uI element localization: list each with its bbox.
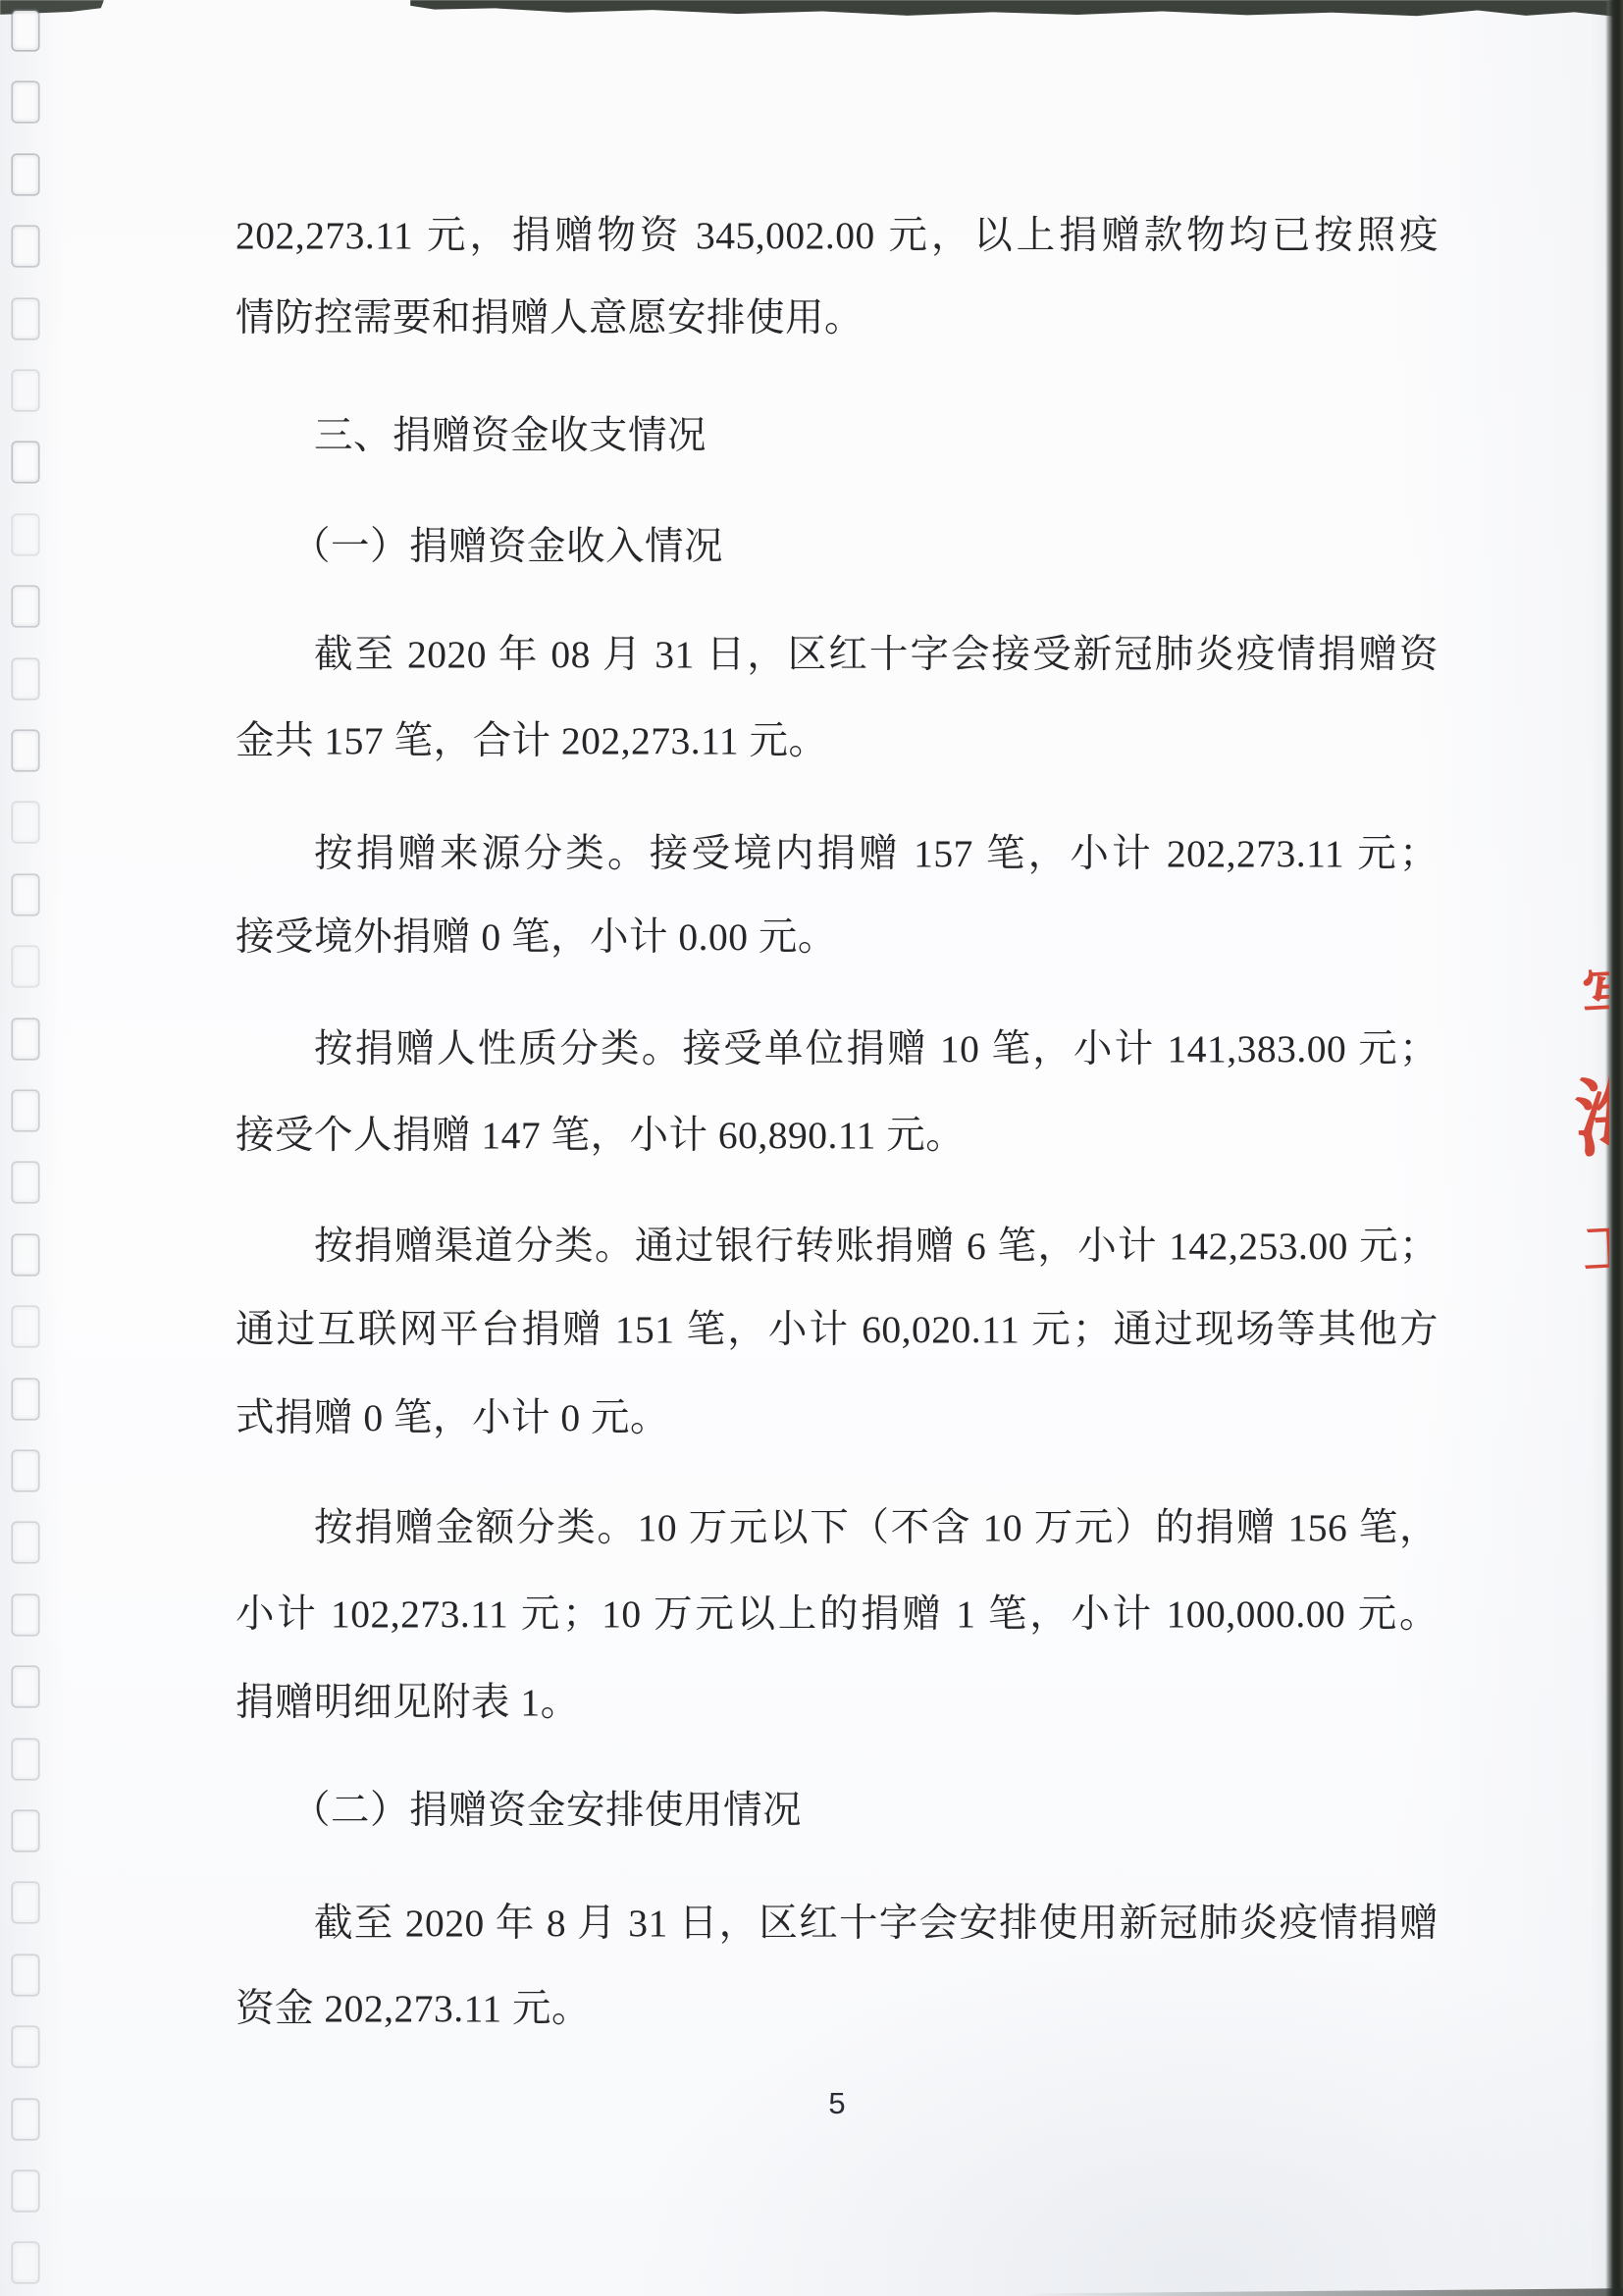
binding-hole	[13, 875, 38, 914]
binding-hole	[13, 371, 38, 410]
red-ink-marks: 写 海 工	[1568, 966, 1609, 1305]
doc-line: 式捐赠 0 笔，小计 0 元。	[236, 1395, 1439, 1440]
doc-line: 资金 202,273.11 元。	[236, 1986, 1439, 2031]
doc-line: 按捐赠来源分类。接受境内捐赠 157 笔，小计 202,273.11 元；	[236, 831, 1439, 876]
binding-hole	[13, 731, 38, 770]
doc-line: 金共 157 笔，合计 202,273.11 元。	[236, 718, 1439, 763]
binding-hole	[13, 1380, 38, 1419]
section-heading: 三、捐赠资金收支情况	[236, 413, 1439, 458]
binding-hole	[13, 227, 38, 266]
binding-hole	[13, 2100, 38, 2139]
red-ink-mark: 写	[1580, 966, 1609, 1030]
red-ink-mark: 海	[1573, 1074, 1609, 1163]
binding-hole	[13, 1956, 38, 1995]
red-ink-mark: 工	[1582, 1221, 1609, 1278]
doc-line: 截至 2020 年 8 月 31 日，区红十字会安排使用新冠肺炎疫情捐赠	[236, 1901, 1439, 1946]
binding-hole	[13, 1091, 38, 1130]
doc-line: 情防控需要和捐赠人意愿安排使用。	[236, 295, 1439, 340]
subsection-heading: （二）捐赠资金安排使用情况	[236, 1788, 1439, 1833]
binding-hole	[13, 1740, 38, 1779]
binding-hole	[13, 1811, 38, 1851]
binding-hole	[13, 1451, 38, 1490]
scan-edge-top	[410, 0, 1623, 22]
doc-line: 按捐赠渠道分类。通过银行转账捐赠 6 笔，小计 142,253.00 元；	[236, 1224, 1439, 1269]
doc-line: 接受境外捐赠 0 笔，小计 0.00 元。	[236, 914, 1439, 960]
doc-line: 接受个人捐赠 147 笔，小计 60,890.11 元。	[236, 1113, 1439, 1158]
binding-hole	[13, 1163, 38, 1202]
binding-hole	[13, 11, 38, 50]
subsection-heading: （一）捐赠资金收入情况	[236, 524, 1439, 569]
binding-hole	[13, 1667, 38, 1706]
binding-hole	[13, 1019, 38, 1059]
binding-hole	[13, 587, 38, 626]
binding-hole	[13, 947, 38, 986]
binding-hole	[13, 155, 38, 194]
doc-line: 小计 102,273.11 元；10 万元以上的捐赠 1 笔，小计 100,00…	[236, 1592, 1439, 1637]
binding-hole	[13, 299, 38, 339]
binding-hole	[13, 1523, 38, 1562]
binding-hole	[13, 1235, 38, 1275]
doc-line: 202,273.11 元，捐赠物资 345,002.00 元，以上捐赠款物均已按…	[236, 213, 1439, 258]
doc-line: 按捐赠金额分类。10 万元以下（不含 10 万元）的捐赠 156 笔，	[236, 1505, 1439, 1550]
binding-holes	[0, 0, 59, 2296]
binding-hole	[13, 82, 38, 122]
binding-hole	[13, 803, 38, 842]
binding-hole	[13, 2243, 38, 2282]
binding-hole	[13, 1307, 38, 1346]
scan-edge-bottom	[1021, 2287, 1623, 2296]
binding-hole	[13, 443, 38, 482]
doc-line: 按捐赠人性质分类。接受单位捐赠 10 笔，小计 141,383.00 元；	[236, 1026, 1439, 1071]
doc-line: 通过互联网平台捐赠 151 笔，小计 60,020.11 元；通过现场等其他方	[236, 1307, 1439, 1352]
doc-line: 捐赠明细见附表 1。	[236, 1680, 1439, 1725]
scanned-page: 写 海 工 202,273.11 元，捐赠物资 345,002.00 元，以上捐…	[0, 0, 1623, 2296]
binding-hole	[13, 659, 38, 699]
page-number: 5	[236, 2086, 1439, 2121]
binding-hole	[13, 1883, 38, 1922]
binding-hole	[13, 1595, 38, 1635]
binding-hole	[13, 2171, 38, 2211]
binding-hole	[13, 2027, 38, 2066]
binding-hole	[13, 515, 38, 554]
doc-line: 截至 2020 年 08 月 31 日，区红十字会接受新冠肺炎疫情捐赠资	[236, 632, 1439, 677]
